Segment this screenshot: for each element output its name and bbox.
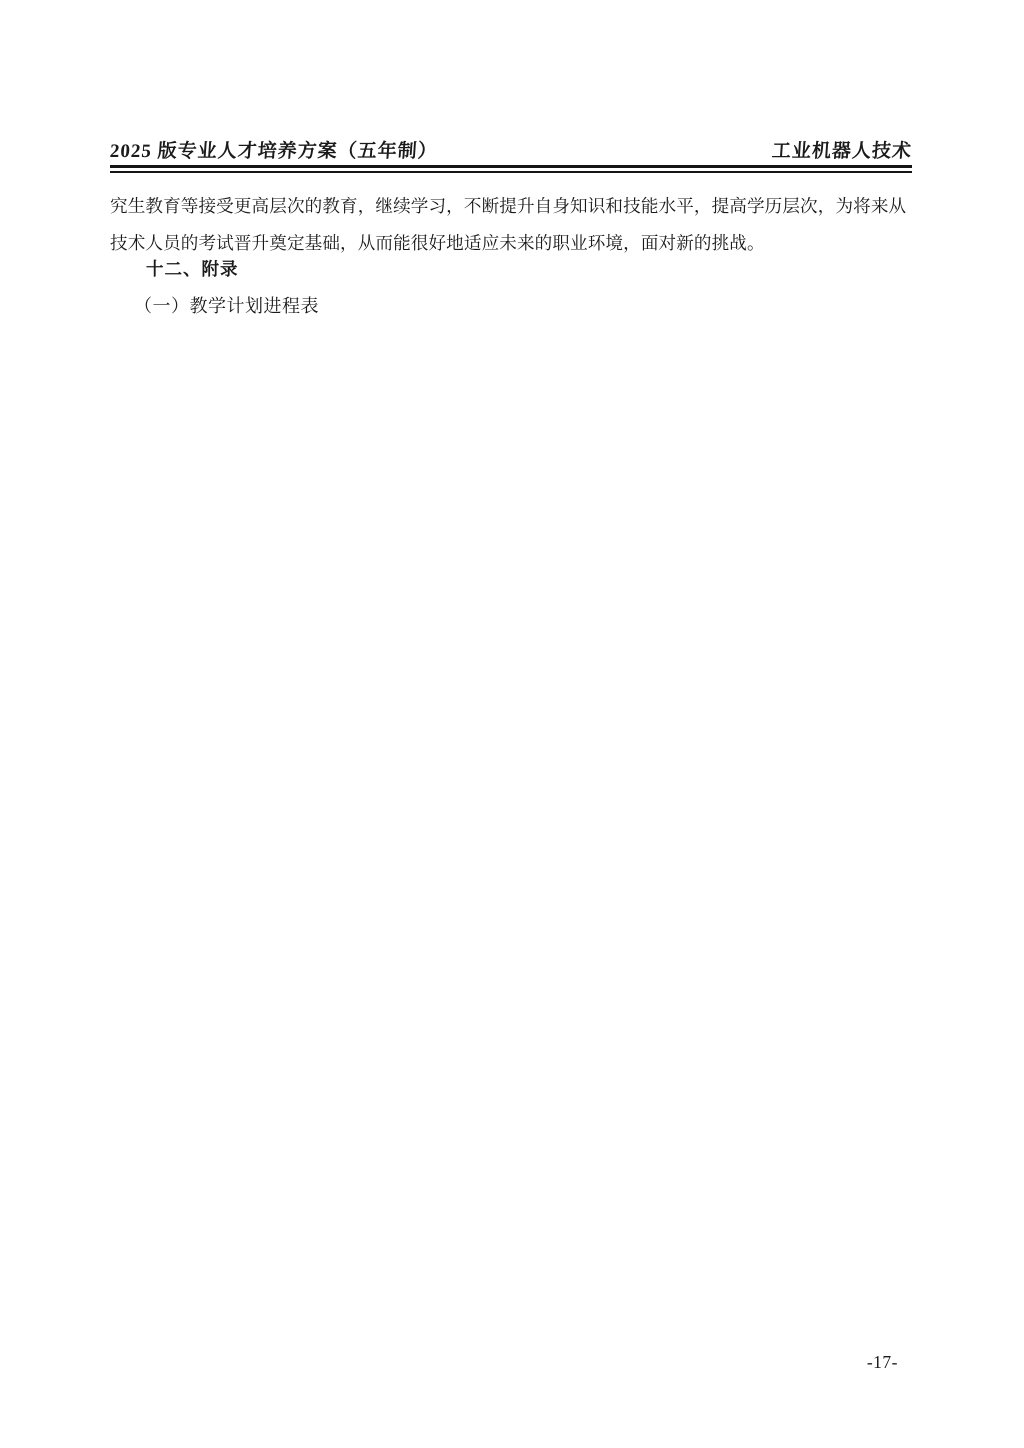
page-number: -17-: [867, 1352, 898, 1373]
body-paragraph: 究生教育等接受更高层次的教育，继续学习，不断提升自身知识和技能水平，提高学历层次…: [110, 188, 914, 262]
section-heading-appendix: 十二、附录: [146, 256, 239, 281]
paragraph-line-1: 究生教育等接受更高层次的教育，继续学习，不断提升自身知识和技能水平，提高学历层次…: [110, 188, 914, 225]
subsection-teaching-plan-table: （一）教学计划进程表: [134, 292, 319, 318]
page-header: 2025 版专业人才培养方案（五年制） 工业机器人技术: [110, 136, 912, 163]
header-left-title: 2025 版专业人才培养方案（五年制）: [109, 136, 439, 163]
header-right-title: 工业机器人技术: [771, 136, 913, 163]
document-page: 2025 版专业人才培养方案（五年制） 工业机器人技术 究生教育等接受更高层次的…: [0, 0, 1024, 1448]
header-double-rule: [110, 165, 912, 173]
